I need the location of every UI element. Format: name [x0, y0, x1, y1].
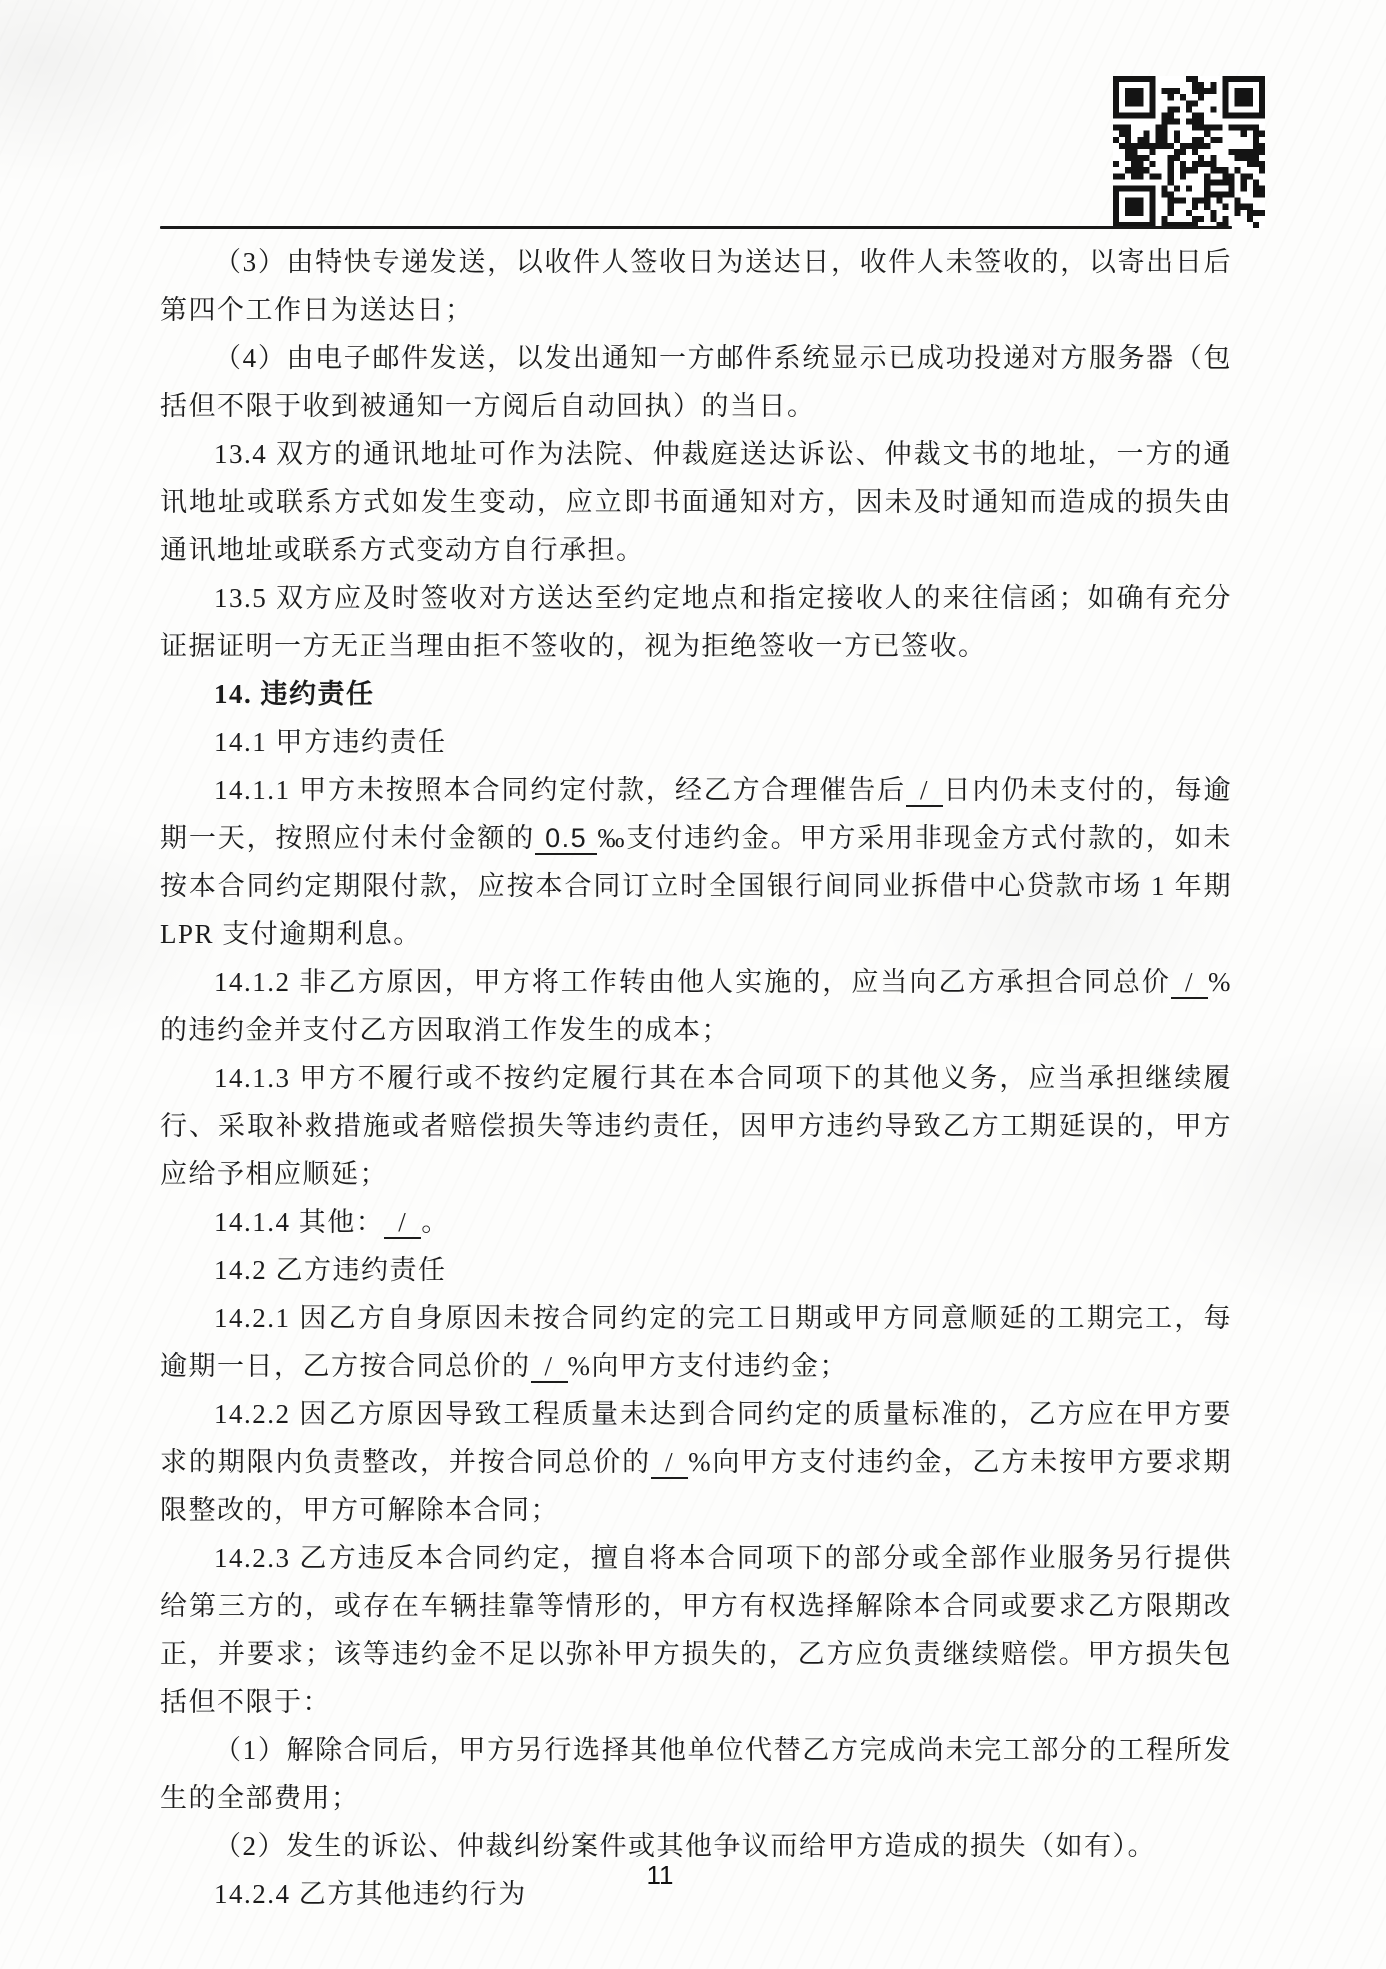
paragraph: （4）由电子邮件发送，以发出通知一方邮件系统显示已成功投递对方服务器（包括但不限… — [160, 334, 1232, 430]
header-rule — [160, 226, 1232, 229]
text-run: 14.1 甲方违约责任 — [214, 727, 447, 757]
text-run: 14.2 乙方违约责任 — [214, 1255, 447, 1285]
text-run: 14.1.2 非乙方原因，甲方将工作转由他人实施的，应当向乙方承担合同总价 — [214, 967, 1171, 997]
paragraph: 13.5 双方应及时签收对方送达至约定地点和指定接收人的来往信函；如确有充分证据… — [160, 574, 1232, 670]
paragraph: 14.1.1 甲方未按照本合同约定付款，经乙方合理催告后/日内仍未支付的，每逾期… — [160, 766, 1232, 958]
fill-in-blank: / — [531, 1351, 568, 1383]
fill-in-blank: / — [906, 775, 943, 807]
paragraph: 14.1.2 非乙方原因，甲方将工作转由他人实施的，应当向乙方承担合同总价/%的… — [160, 958, 1232, 1054]
text-run: （2）发生的诉讼、仲裁纠纷案件或其他争议而给甲方造成的损失（如有）。 — [214, 1831, 1156, 1861]
document-body: （3）由特快专递发送，以收件人签收日为送达日，收件人未签收的，以寄出日后第四个工… — [160, 238, 1232, 1918]
paragraph: 14.1 甲方违约责任 — [160, 718, 1232, 766]
text-run: （3）由特快专递发送，以收件人签收日为送达日，收件人未签收的，以寄出日后第四个工… — [160, 247, 1232, 325]
paragraph: 13.4 双方的通讯地址可作为法院、仲裁庭送达诉讼、仲裁文书的地址，一方的通讯地… — [160, 430, 1232, 574]
fill-in-blank: / — [1171, 967, 1208, 999]
text-run: （4）由电子邮件发送，以发出通知一方邮件系统显示已成功投递对方服务器（包括但不限… — [160, 343, 1232, 421]
paragraph: 14.1.3 甲方不履行或不按约定履行其在本合同项下的其他义务，应当承担继续履行… — [160, 1054, 1232, 1198]
paragraph: （3）由特快专递发送，以收件人签收日为送达日，收件人未签收的，以寄出日后第四个工… — [160, 238, 1232, 334]
paragraph: 14.2.1 因乙方自身原因未按合同约定的完工日期或甲方同意顺延的工期完工，每逾… — [160, 1294, 1232, 1390]
text-run: （1）解除合同后，甲方另行选择其他单位代替乙方完成尚未完工部分的工程所发生的全部… — [160, 1735, 1232, 1813]
text-run: 14.2.3 乙方违反本合同约定，擅自将本合同项下的部分或全部作业服务另行提供给… — [160, 1543, 1232, 1717]
fill-in-blank: 0.5 — [535, 823, 597, 855]
text-run: 14.1.1 甲方未按照本合同约定付款，经乙方合理催告后 — [214, 775, 906, 805]
text-run: 13.5 双方应及时签收对方送达至约定地点和指定接收人的来往信函；如确有充分证据… — [160, 583, 1232, 661]
text-run: 。 — [421, 1207, 450, 1237]
paragraph: 14.2.2 因乙方原因导致工程质量未达到合同约定的质量标准的，乙方应在甲方要求… — [160, 1390, 1232, 1534]
text-run: %向甲方支付违约金； — [568, 1351, 849, 1381]
fill-in-blank: / — [384, 1207, 421, 1239]
section-heading: 14. 违约责任 — [160, 670, 1232, 718]
fill-in-blank: / — [651, 1447, 688, 1479]
paragraph: 14.2.3 乙方违反本合同约定，擅自将本合同项下的部分或全部作业服务另行提供给… — [160, 1534, 1232, 1726]
qr-code-icon — [1113, 76, 1265, 228]
text-run: 14. 违约责任 — [214, 679, 375, 709]
document-page: （3）由特快专递发送，以收件人签收日为送达日，收件人未签收的，以寄出日后第四个工… — [0, 0, 1386, 1969]
text-run: 13.4 双方的通讯地址可作为法院、仲裁庭送达诉讼、仲裁文书的地址，一方的通讯地… — [160, 439, 1232, 565]
paragraph: （1）解除合同后，甲方另行选择其他单位代替乙方完成尚未完工部分的工程所发生的全部… — [160, 1726, 1232, 1822]
text-run: 14.1.3 甲方不履行或不按约定履行其在本合同项下的其他义务，应当承担继续履行… — [160, 1063, 1232, 1189]
paragraph: 14.1.4 其他：/。 — [160, 1198, 1232, 1246]
paragraph: 14.2 乙方违约责任 — [160, 1246, 1232, 1294]
text-run: 14.1.4 其他： — [214, 1207, 384, 1237]
page-number: 11 — [160, 1860, 1160, 1891]
